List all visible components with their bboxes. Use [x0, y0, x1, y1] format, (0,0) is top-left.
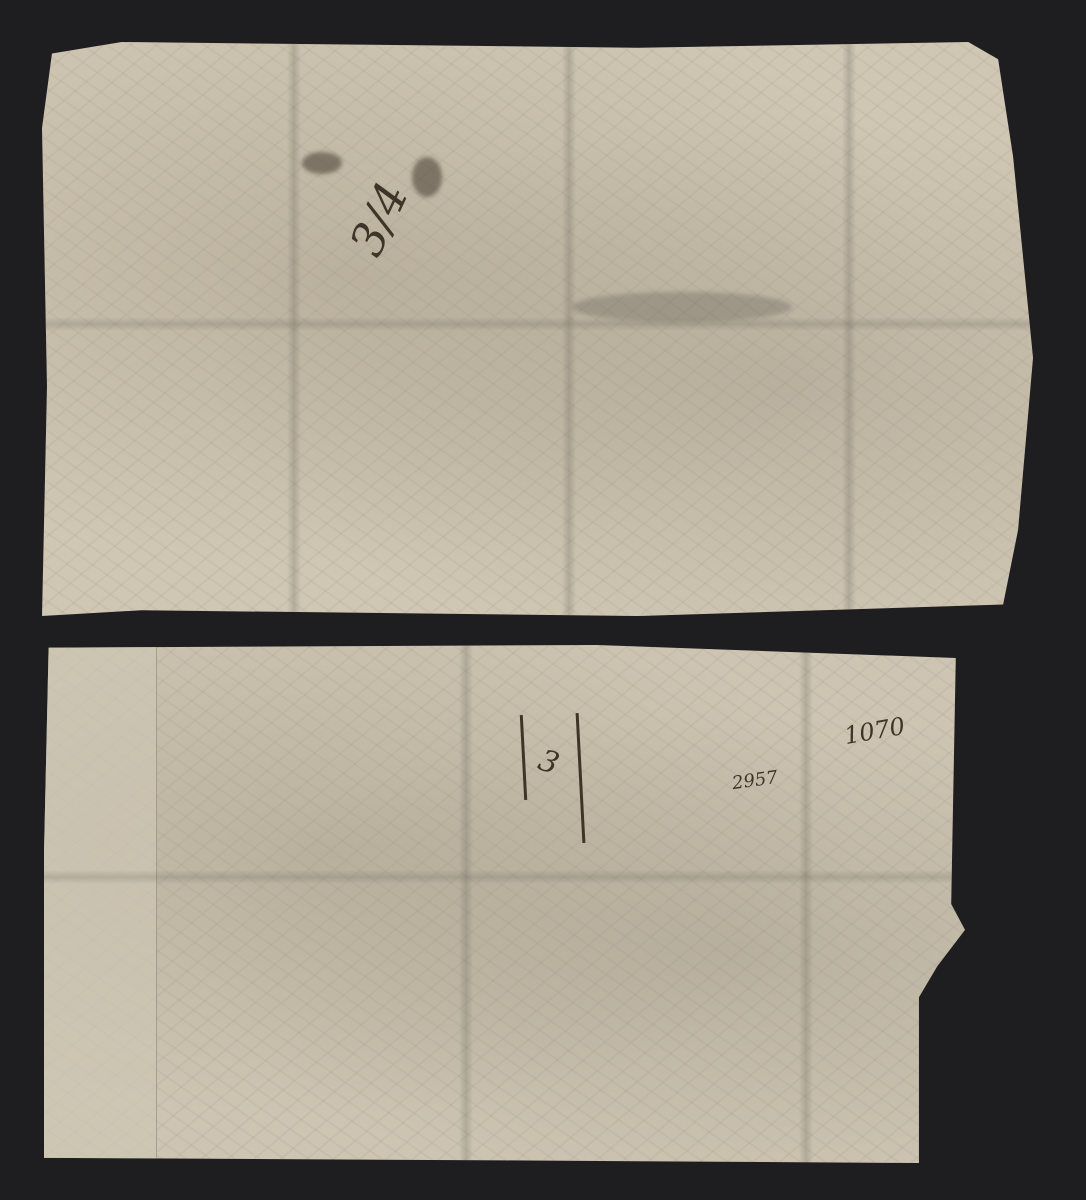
vertical-fold — [459, 645, 473, 1163]
ink-stroke — [520, 715, 527, 800]
top-banknote-back: 3/4 — [42, 42, 1038, 616]
ink-stroke — [576, 713, 586, 843]
attached-paper-strip — [44, 645, 157, 1163]
handwritten-annotation: 3/4 — [339, 174, 419, 264]
handwritten-number: 3 — [534, 743, 564, 782]
horizontal-fold — [42, 317, 1038, 331]
handwritten-number: 1070 — [842, 712, 907, 750]
ink-blot — [412, 157, 442, 197]
vertical-fold — [799, 645, 813, 1163]
smudge — [572, 292, 792, 322]
handwritten-number: 2957 — [731, 767, 779, 794]
bottom-banknote-back: 3 2957 1070 — [44, 645, 965, 1163]
ink-blot — [302, 152, 342, 174]
horizontal-fold — [44, 870, 965, 884]
